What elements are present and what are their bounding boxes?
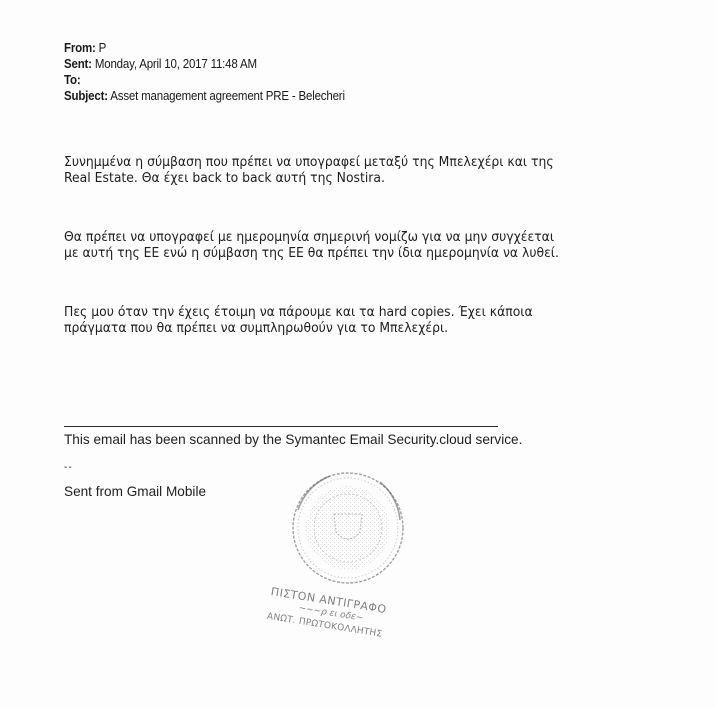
scanned-email-page: From: P Sent: Monday, April 10, 2017 11:… xyxy=(0,0,716,708)
paragraph-line: Πες μου όταν την έχεις έτοιμη να πάρουμε… xyxy=(64,305,647,321)
paragraph-line: Real Estate. Θα έχει back to back αυτή τ… xyxy=(64,171,647,187)
sent-label: Sent: xyxy=(64,57,92,71)
paragraph-line: Συνημμένα η σύμβαση που πρέπει να υπογρα… xyxy=(64,155,647,171)
from-row: From: P xyxy=(64,40,345,56)
to-label: To: xyxy=(64,73,80,87)
footer-divider xyxy=(64,426,498,427)
subject-label: Subject: xyxy=(64,89,108,103)
email-header: From: P Sent: Monday, April 10, 2017 11:… xyxy=(64,40,345,104)
paragraph-line: πράγματα που θα πρέπει να συμπληρωθούν γ… xyxy=(64,321,647,337)
paragraph-line: με αυτή της ΕΕ ενώ η σύμβαση της ΕΕ θα π… xyxy=(64,246,647,262)
official-seal-icon xyxy=(290,470,406,586)
subject-row: Subject: Asset management agreement PRE … xyxy=(64,88,345,104)
body-paragraph-2: Θα πρέπει να υπογραφεί με ημερομηνία σημ… xyxy=(64,230,647,262)
to-row: To: xyxy=(64,72,345,88)
scan-notice: This email has been scanned by the Syman… xyxy=(64,432,522,447)
subject-value: Asset management agreement PRE - Beleche… xyxy=(110,89,345,103)
sent-from-signature: Sent from Gmail Mobile xyxy=(64,484,206,499)
body-paragraph-1: Συνημμένα η σύμβαση που πρέπει να υπογρα… xyxy=(64,155,647,187)
signature-delimiter: -- xyxy=(64,462,73,473)
certified-copy-stamp: ΠΙΣΤΟΝ ΑΝΤΙΓΡΑΦΟ ~~~ρ ει οδε~ ΑΝΩΤ. ΠΡΩΤ… xyxy=(266,585,420,647)
paragraph-line: Θα πρέπει να υπογραφεί με ημερομηνία σημ… xyxy=(64,230,647,246)
from-value: P xyxy=(99,41,106,55)
sent-value: Monday, April 10, 2017 11:48 AM xyxy=(95,57,257,71)
from-label: From: xyxy=(64,41,96,55)
body-paragraph-3: Πες μου όταν την έχεις έτοιμη να πάρουμε… xyxy=(64,305,647,337)
sent-row: Sent: Monday, April 10, 2017 11:48 AM xyxy=(64,56,345,72)
